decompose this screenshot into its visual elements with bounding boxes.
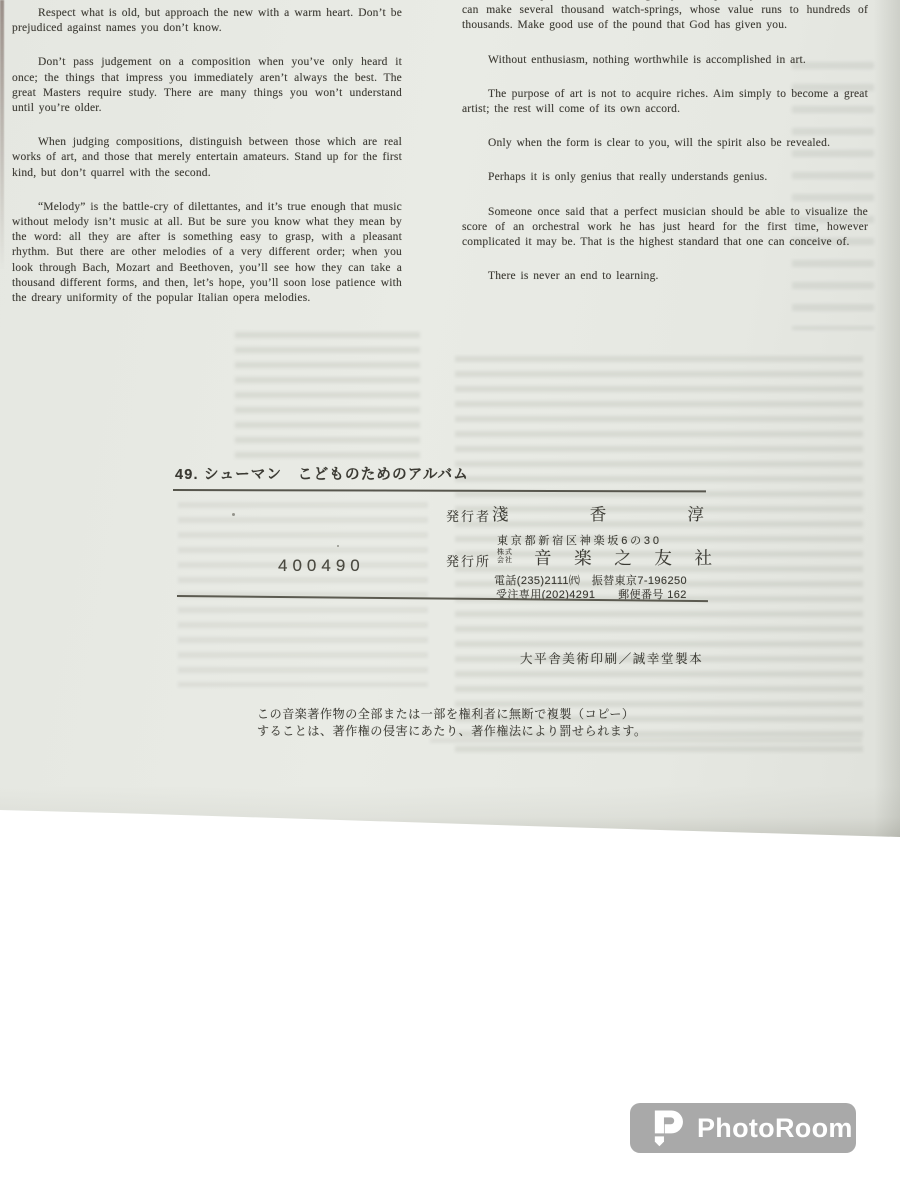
section-title: 49. シューマン こどものためのアルバム xyxy=(175,463,469,484)
company-name-char: 友 xyxy=(654,545,672,570)
paragraph: Without enthusiasm, nothing worthwhile i… xyxy=(462,53,868,68)
photoroom-logo-icon xyxy=(650,1109,684,1147)
photographed-page: Respect what is old, but approach the ne… xyxy=(0,0,900,1200)
paragraph: Don’t pass judgement on a composition wh… xyxy=(12,55,402,116)
photoroom-watermark: PhotoRoom xyxy=(630,1103,856,1153)
office-label: 発行所 xyxy=(446,551,491,570)
paragraph: There is never an end to learning. xyxy=(462,269,868,284)
paper-sheet: Respect what is old, but approach the ne… xyxy=(0,0,900,845)
printer-credit: 大平舎美術印刷／誠幸堂製本 xyxy=(520,649,703,667)
title-rule xyxy=(173,489,706,492)
dust-speck xyxy=(337,545,339,547)
company-type-bottom: 会社 xyxy=(497,557,513,565)
company-name: 音 楽 之 友 社 xyxy=(534,545,712,570)
copyright-line: この音楽著作物の全部または一部を権利者に無断で複製（コピー） xyxy=(257,706,647,723)
dust-speck xyxy=(232,513,235,516)
page-edge-shadow-right xyxy=(874,0,900,840)
company-name-char: 楽 xyxy=(574,545,592,570)
publisher-name-char: 香 xyxy=(590,501,607,525)
paragraph: When judging compositions, distinguish b… xyxy=(12,135,402,181)
right-text-column: From one pound of iron, costing only a f… xyxy=(462,0,868,303)
page-edge-shadow-bottom xyxy=(0,786,900,842)
watermark-label: PhotoRoom xyxy=(697,1113,853,1144)
company-name-char: 之 xyxy=(614,545,632,570)
publisher-label: 発行者 xyxy=(446,506,491,525)
company-type-stack: 株式 会社 xyxy=(497,549,513,565)
company-name-char: 音 xyxy=(534,545,552,570)
company-type-top: 株式 xyxy=(497,549,513,557)
paragraph: Perhaps it is only genius that really un… xyxy=(462,170,868,185)
paragraph: Only when the form is clear to you, will… xyxy=(462,136,868,151)
company-name-char: 社 xyxy=(695,545,713,570)
publisher-name-char: 淳 xyxy=(688,501,705,525)
catalog-number: 400490 xyxy=(278,556,365,576)
paragraph: Respect what is old, but approach the ne… xyxy=(12,6,402,36)
paragraph: The purpose of art is not to acquire ric… xyxy=(462,87,868,117)
copyright-line: することは、著作権の侵害にあたり、著作権法により罰せられます。 xyxy=(257,723,647,740)
ghost-bleed xyxy=(235,332,420,460)
paragraph: “Melody” is the battle-cry of dilettante… xyxy=(12,200,402,306)
left-text-column: Respect what is old, but approach the ne… xyxy=(12,6,402,325)
publisher-name-char: 淺 xyxy=(492,501,509,525)
paragraph: can make several thousand watch-springs,… xyxy=(462,3,868,33)
paragraph: Someone once said that a perfect musicia… xyxy=(462,205,868,251)
publisher-name: 淺 香 淳 xyxy=(492,501,704,525)
page-edge-shadow-left xyxy=(0,0,4,270)
copyright-notice: この音楽著作物の全部または一部を権利者に無断で複製（コピー） することは、著作権… xyxy=(257,706,647,739)
